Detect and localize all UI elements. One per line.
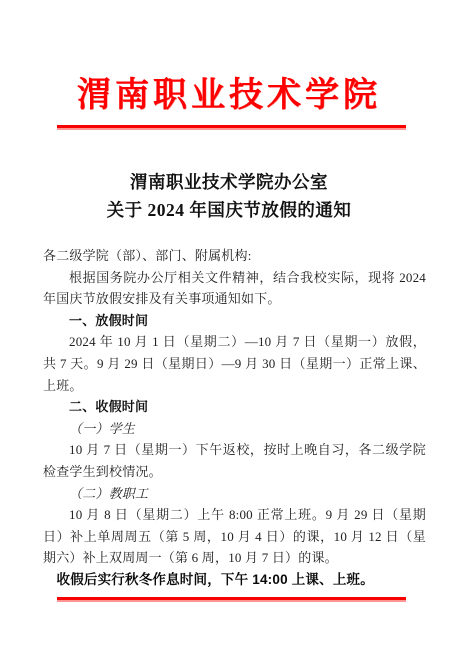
document-title-line2: 关于 2024 年国庆节放假的通知 <box>0 196 458 224</box>
subsection-students-paragraph: 10 月 7 日（星期一）下午返校，按时上晚自习，各二级学院检查学生到校情况。 <box>43 439 426 482</box>
subsection-students-heading: （一）学生 <box>43 418 426 440</box>
document-page: 渭南职业技术学院 渭南职业技术学院办公室 关于 2024 年国庆节放假的通知 各… <box>0 0 458 647</box>
letterhead-org-name: 渭南职业技术学院 <box>0 74 458 118</box>
document-title-line1: 渭南职业技术学院办公室 <box>0 168 458 196</box>
closing-schedule-line: 收假后实行秋冬作息时间，下午 14:00 上课、上班。 <box>43 569 426 591</box>
section-1-paragraph: 2024 年 10 月 1 日（星期二）—10 月 7 日（星期一）放假，共 7… <box>43 331 426 396</box>
subsection-staff-heading: （二）教职工 <box>43 483 426 505</box>
section-1-heading: 一、放假时间 <box>43 310 426 332</box>
subsection-staff-paragraph: 10 月 8 日（星期二）上午 8:00 正常上班。9 月 29 日（星期日）补… <box>43 504 426 569</box>
footer-divider-rule <box>57 597 406 602</box>
letterhead-divider-rule <box>57 125 406 130</box>
document-body: 各二级学院（部）、部门、附属机构: 根据国务院办公厅相关文件精神，结合我校实际，… <box>43 245 426 591</box>
intro-paragraph: 根据国务院办公厅相关文件精神，结合我校实际，现将 2024 年国庆节放假安排及有… <box>43 267 426 310</box>
document-title: 渭南职业技术学院办公室 关于 2024 年国庆节放假的通知 <box>0 168 458 224</box>
section-2-heading: 二、收假时间 <box>43 396 426 418</box>
salutation: 各二级学院（部）、部门、附属机构: <box>43 245 426 267</box>
